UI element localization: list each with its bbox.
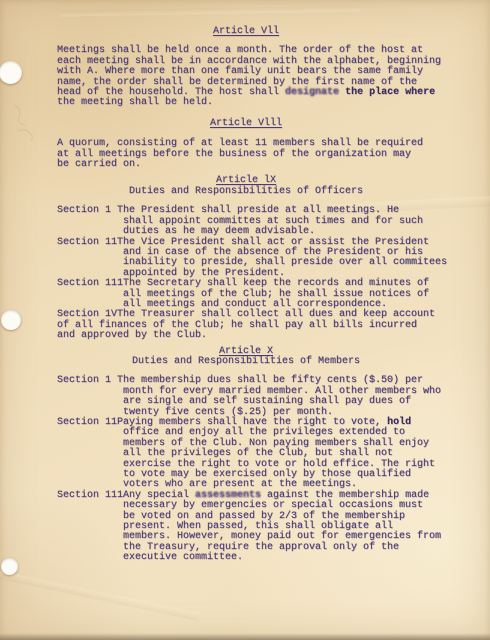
text-line: Duties and Responsibilities of Members	[57, 357, 435, 367]
article-9-sections: Section 1 The President shall preside at…	[57, 206, 457, 341]
text-line: and approved by the Club.	[57, 331, 457, 341]
text-line: Section 111The Secretary shall keep the …	[57, 279, 457, 289]
article-8-heading: Article Vlll	[57, 119, 435, 129]
text-line: be carried on.	[57, 160, 457, 170]
overstruck-text: designate	[285, 87, 339, 98]
article-10-sections: Section 1 The membership dues shall be f…	[57, 376, 457, 563]
text-line: executive committee.	[57, 553, 457, 563]
text-line: Article Vlll	[57, 119, 435, 129]
punch-hole	[1, 558, 18, 575]
text-line: the meeting shall be held.	[57, 98, 457, 108]
text-line: duties as he may deem advisable.	[57, 227, 457, 237]
document-body: Article VllMeetings shall be held once a…	[57, 27, 457, 564]
overstruck-text: assessments	[195, 490, 261, 501]
article-10-subheading: Duties and Responsibilities of Members	[57, 357, 435, 367]
punch-hole	[1, 310, 21, 330]
article-8-body: A quorum, consisting of at least 11 memb…	[57, 139, 457, 170]
article-9-subheading: Duties and Responsibilities of Officers	[57, 187, 435, 197]
article-7-body: Meetings shall be held once a month. The…	[57, 46, 457, 108]
article-7-heading: Article Vll	[57, 27, 435, 37]
text-line: Article Vll	[57, 27, 435, 37]
punch-hole	[0, 61, 22, 84]
text-line: Duties and Responsibilities of Officers	[57, 187, 435, 197]
overstruck-text: the place where	[345, 87, 435, 98]
